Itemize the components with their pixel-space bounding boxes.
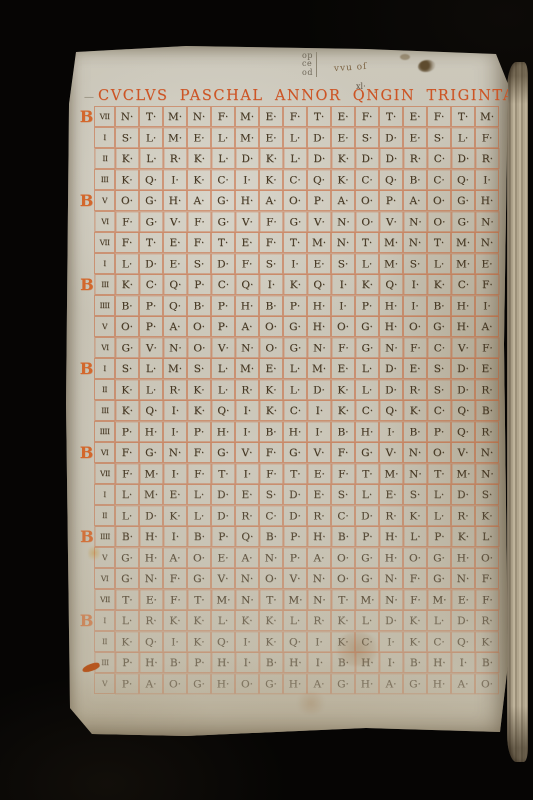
table-cell: G· — [283, 337, 307, 358]
table-cell: D· — [355, 505, 379, 526]
table-cell: E· — [475, 358, 499, 379]
table-cell: Q· — [451, 169, 475, 190]
table-cell: A· — [331, 190, 355, 211]
table-cell: F· — [475, 127, 499, 148]
initial-letter — [79, 421, 94, 442]
table-cell: F· — [403, 589, 427, 610]
table-row: IIK·L·R·K·L·R·K·L·D·K·L·D·R·S·D·R· — [79, 379, 499, 400]
table-cell: O· — [259, 337, 283, 358]
table-cell: G· — [139, 442, 163, 463]
table-cell: V· — [283, 568, 307, 589]
table-cell: M· — [235, 127, 259, 148]
table-cell: L· — [211, 379, 235, 400]
table-cell: R· — [139, 610, 163, 631]
table-cell: E· — [379, 484, 403, 505]
table-cell: I· — [307, 652, 331, 673]
table-cell: P· — [115, 652, 139, 673]
table-cell: C· — [427, 400, 451, 421]
table-cell: K· — [115, 379, 139, 400]
table-cell: F· — [187, 463, 211, 484]
table-cell: E· — [307, 463, 331, 484]
table-cell: Q· — [211, 400, 235, 421]
table-cell: K· — [259, 379, 283, 400]
initial-letter: B — [79, 358, 94, 379]
initial-letter — [79, 337, 94, 358]
table-cell: S· — [475, 484, 499, 505]
table-cell: E· — [163, 484, 187, 505]
initial-letter: B — [79, 526, 94, 547]
table-cell: P· — [307, 190, 331, 211]
table-cell: B· — [331, 652, 355, 673]
table-cell: B· — [331, 421, 355, 442]
table-cell: D· — [283, 505, 307, 526]
table-cell: R· — [475, 379, 499, 400]
table-cell: L· — [211, 610, 235, 631]
table-cell: E· — [211, 547, 235, 568]
table-cell: D· — [307, 127, 331, 148]
table-cell: E· — [139, 589, 163, 610]
row-numeral: I — [94, 484, 115, 505]
title-row: — CVCLVS PASCHAL ANNOR QNGIN TRIGINTA II… — [84, 88, 500, 104]
table-cell: H· — [283, 421, 307, 442]
table-cell: G· — [331, 673, 355, 694]
table-cell: I· — [235, 400, 259, 421]
table-cell: S· — [427, 127, 451, 148]
table-cell: L· — [283, 379, 307, 400]
row-numeral: I — [94, 358, 115, 379]
table-cell: I· — [163, 421, 187, 442]
table-cell: F· — [475, 568, 499, 589]
table-cell: L· — [139, 148, 163, 169]
table-cell: L· — [211, 148, 235, 169]
table-cell: N· — [403, 463, 427, 484]
table-cell: C· — [211, 274, 235, 295]
table-cell: M· — [427, 589, 451, 610]
table-cell: L· — [115, 484, 139, 505]
table-cell: Q· — [379, 274, 403, 295]
table-row: IL·D·E·S·D·F·S·I·E·S·L·M·S·L·M·E· — [79, 253, 499, 274]
photo-background: op ce od vvu oſ xl· ı — CVCLVS PASCHAL A… — [0, 0, 533, 800]
row-numeral: IIII — [94, 421, 115, 442]
table-cell: P· — [211, 295, 235, 316]
table-cell: P· — [379, 190, 403, 211]
table-cell: I· — [403, 274, 427, 295]
table-cell: M· — [475, 106, 499, 127]
table-row: VIIT·E·F·T·M·N·T·M·N·T·M·N·F·M·E·F· — [79, 589, 499, 610]
row-numeral: IIII — [94, 526, 115, 547]
table-cell: I· — [451, 652, 475, 673]
table-row: BIL·R·K·K·L·K·K·L·R·K·L·D·K·L·D·R· — [79, 610, 499, 631]
table-cell: N· — [451, 568, 475, 589]
table-cell: B· — [259, 652, 283, 673]
initial-letter — [79, 505, 94, 526]
table-cell: M· — [451, 253, 475, 274]
table-cell: Q· — [379, 169, 403, 190]
table-cell: P· — [115, 421, 139, 442]
table-cell: C· — [355, 631, 379, 652]
table-cell: F· — [259, 463, 283, 484]
initial-letter — [79, 316, 94, 337]
table-cell: K· — [331, 379, 355, 400]
table-cell: G· — [355, 316, 379, 337]
table-cell: O· — [355, 211, 379, 232]
table-cell: S· — [259, 484, 283, 505]
initial-letter — [79, 463, 94, 484]
table-cell: B· — [187, 526, 211, 547]
table-cell: K· — [331, 610, 355, 631]
table-cell: F· — [235, 253, 259, 274]
table-cell: B· — [403, 652, 427, 673]
table-cell: M· — [283, 589, 307, 610]
table-cell: L· — [475, 526, 499, 547]
table-cell: D· — [211, 505, 235, 526]
table-cell: A· — [451, 673, 475, 694]
table-cell: G· — [283, 316, 307, 337]
table-cell: K· — [331, 631, 355, 652]
table-cell: I· — [307, 400, 331, 421]
table-cell: F· — [115, 442, 139, 463]
table-cell: Q· — [451, 631, 475, 652]
row-numeral: VII — [94, 106, 115, 127]
table-cell: M· — [379, 232, 403, 253]
row-numeral: III — [94, 652, 115, 673]
table-cell: B· — [331, 526, 355, 547]
table-cell: N· — [139, 568, 163, 589]
table-cell: G· — [451, 211, 475, 232]
table-cell: B· — [115, 526, 139, 547]
table-cell: M· — [139, 484, 163, 505]
table-cell: C· — [211, 169, 235, 190]
row-numeral: I — [94, 127, 115, 148]
table-cell: F· — [115, 463, 139, 484]
table-cell: A· — [307, 547, 331, 568]
table-cell: I· — [379, 421, 403, 442]
table-cell: V· — [211, 337, 235, 358]
row-numeral: I — [94, 253, 115, 274]
table-cell: S· — [331, 253, 355, 274]
table-cell: M· — [379, 463, 403, 484]
marginal-note-line: od — [302, 69, 313, 77]
table-cell: P· — [211, 316, 235, 337]
table-cell: K· — [283, 274, 307, 295]
table-cell: V· — [235, 442, 259, 463]
table-cell: Q· — [139, 169, 163, 190]
table-cell: T· — [139, 232, 163, 253]
table-cell: L· — [283, 358, 307, 379]
table-cell: F· — [259, 211, 283, 232]
table-cell: T· — [283, 232, 307, 253]
table-cell: V· — [451, 442, 475, 463]
table-cell: A· — [235, 316, 259, 337]
row-numeral: VII — [94, 463, 115, 484]
table-cell: E· — [163, 253, 187, 274]
table-cell: O· — [427, 190, 451, 211]
table-cell: V· — [379, 442, 403, 463]
initial-letter — [79, 148, 94, 169]
table-cell: C· — [283, 400, 307, 421]
table-row: BVIIN·T·M·N·F·M·E·F·T·E·F·T·E·F·T·M· — [79, 106, 499, 127]
table-cell: I· — [163, 169, 187, 190]
table-cell: L· — [427, 484, 451, 505]
table-cell: I· — [331, 274, 355, 295]
table-cell: D· — [379, 379, 403, 400]
table-cell: K· — [163, 610, 187, 631]
table-cell: F· — [163, 589, 187, 610]
table-cell: G· — [187, 568, 211, 589]
table-cell: K· — [331, 400, 355, 421]
table-cell: S· — [355, 127, 379, 148]
table-cell: E· — [163, 232, 187, 253]
table-cell: F· — [475, 337, 499, 358]
table-row: BIS·L·M·S·L·M·E·L·M·E·L·D·E·S·D·E· — [79, 358, 499, 379]
table-cell: I· — [379, 631, 403, 652]
table-row: BIIIK·C·Q·P·C·Q·I·K·Q·I·K·Q·I·K·C·F· — [79, 274, 499, 295]
table-cell: L· — [355, 610, 379, 631]
initial-letter — [79, 295, 94, 316]
table-cell: K· — [115, 148, 139, 169]
table-cell: H· — [283, 673, 307, 694]
table-cell: R· — [235, 505, 259, 526]
table-cell: N· — [235, 568, 259, 589]
table-cell: H· — [451, 547, 475, 568]
table-cell: Q· — [211, 631, 235, 652]
table-cell: A· — [163, 316, 187, 337]
row-numeral: VI — [94, 442, 115, 463]
table-cell: I· — [307, 421, 331, 442]
table-row: VIIF·M·I·F·T·I·F·T·E·F·T·M·N·T·M·N· — [79, 463, 499, 484]
table-cell: F· — [355, 106, 379, 127]
table-cell: N· — [403, 211, 427, 232]
table-cell: F· — [427, 106, 451, 127]
table-cell: N· — [307, 589, 331, 610]
table-cell: N· — [163, 337, 187, 358]
table-cell: Q· — [235, 274, 259, 295]
table-cell: T· — [307, 106, 331, 127]
table-cell: H· — [475, 190, 499, 211]
table-cell: N· — [379, 568, 403, 589]
table-cell: P· — [115, 673, 139, 694]
table-cell: S· — [403, 253, 427, 274]
table-cell: T· — [283, 463, 307, 484]
table-cell: Q· — [139, 400, 163, 421]
initial-letter — [79, 232, 94, 253]
table-cell: F· — [187, 232, 211, 253]
table-cell: O· — [403, 316, 427, 337]
table-cell: S· — [115, 358, 139, 379]
table-cell: G· — [259, 673, 283, 694]
table-cell: G· — [355, 547, 379, 568]
table-cell: H· — [379, 547, 403, 568]
table-cell: K· — [403, 400, 427, 421]
row-numeral: V — [94, 547, 115, 568]
table-row: VO·P·A·O·P·A·O·G·H·O·G·H·O·G·H·A· — [79, 316, 499, 337]
table-cell: K· — [235, 610, 259, 631]
table-cell: F· — [115, 211, 139, 232]
table-cell: N· — [187, 106, 211, 127]
table-cell: H· — [139, 652, 163, 673]
table-cell: N· — [403, 442, 427, 463]
table-cell: N· — [259, 547, 283, 568]
table-cell: K· — [403, 631, 427, 652]
table-cell: A· — [139, 673, 163, 694]
table-cell: D· — [235, 148, 259, 169]
table-cell: S· — [427, 379, 451, 400]
table-cell: K· — [115, 274, 139, 295]
table-cell: O· — [475, 547, 499, 568]
table-cell: G· — [427, 316, 451, 337]
table-cell: D· — [211, 253, 235, 274]
table-cell: V· — [307, 211, 331, 232]
table-cell: O· — [187, 337, 211, 358]
table-cell: K· — [259, 400, 283, 421]
table-cell: H· — [307, 526, 331, 547]
table-cell: V· — [379, 211, 403, 232]
table-cell: H· — [211, 421, 235, 442]
table-cell: D· — [379, 127, 403, 148]
table-cell: F· — [115, 232, 139, 253]
table-cell: K· — [163, 505, 187, 526]
table-cell: F· — [187, 211, 211, 232]
table-cell: N· — [331, 211, 355, 232]
table-cell: K· — [427, 274, 451, 295]
initial-letter — [79, 547, 94, 568]
table-cell: G· — [115, 337, 139, 358]
table-cell: M· — [451, 232, 475, 253]
table-cell: E· — [403, 106, 427, 127]
table-cell: C· — [139, 274, 163, 295]
table-cell: H· — [379, 526, 403, 547]
table-cell: L· — [427, 253, 451, 274]
table-cell: N· — [475, 211, 499, 232]
table-cell: P· — [427, 421, 451, 442]
table-cell: Q· — [163, 274, 187, 295]
table-row: IIIP·H·B·P·H·I·B·H·I·B·H·I·B·H·I·B· — [79, 652, 499, 673]
table-row: IIIK·Q·I·K·C·I·K·C·Q·K·C·Q·B·C·Q·I· — [79, 169, 499, 190]
table-cell: H· — [379, 295, 403, 316]
table-cell: R· — [307, 610, 331, 631]
table-cell: D· — [307, 379, 331, 400]
table-cell: E· — [259, 358, 283, 379]
table-cell: K· — [259, 631, 283, 652]
table-cell: I· — [331, 295, 355, 316]
table-cell: H· — [139, 526, 163, 547]
table-cell: R· — [163, 148, 187, 169]
table-cell: E· — [451, 589, 475, 610]
table-cell: M· — [307, 358, 331, 379]
table-cell: P· — [187, 274, 211, 295]
table-cell: H· — [451, 295, 475, 316]
table-cell: M· — [163, 106, 187, 127]
table-cell: B· — [187, 295, 211, 316]
table-row: VIIF·T·E·F·T·E·F·T·M·N·T·M·N·T·M·N· — [79, 232, 499, 253]
table-cell: P· — [283, 547, 307, 568]
table-cell: H· — [139, 547, 163, 568]
table-cell: B· — [403, 421, 427, 442]
table-cell: R· — [235, 379, 259, 400]
table-cell: D· — [211, 484, 235, 505]
row-numeral: III — [94, 169, 115, 190]
table-cell: I· — [235, 421, 259, 442]
table-cell: D· — [379, 610, 403, 631]
initial-letter: B — [79, 274, 94, 295]
table-cell: H· — [379, 316, 403, 337]
table-cell: K· — [403, 505, 427, 526]
table-cell: I· — [163, 463, 187, 484]
table-cell: E· — [307, 484, 331, 505]
table-cell: T· — [451, 106, 475, 127]
table-cell: I· — [475, 169, 499, 190]
table-row: VIF·G·V·F·G·V·F·G·V·N·O·V·N·O·G·N· — [79, 211, 499, 232]
table-cell: L· — [115, 610, 139, 631]
table-cell: H· — [235, 190, 259, 211]
table-cell: S· — [403, 484, 427, 505]
table-cell: V· — [163, 211, 187, 232]
table-cell: E· — [235, 484, 259, 505]
table-cell: D· — [355, 148, 379, 169]
table-cell: M· — [307, 232, 331, 253]
table-cell: M· — [451, 463, 475, 484]
row-numeral: I — [94, 610, 115, 631]
table-cell: L· — [187, 505, 211, 526]
table-cell: V· — [211, 568, 235, 589]
table-cell: G· — [211, 442, 235, 463]
table-cell: L· — [139, 127, 163, 148]
table-cell: A· — [163, 547, 187, 568]
table-row: BVO·G·H·A·G·H·A·O·P·A·O·P·A·O·G·H· — [79, 190, 499, 211]
table-cell: H· — [355, 652, 379, 673]
table-cell: P· — [283, 526, 307, 547]
table-cell: R· — [163, 379, 187, 400]
table-cell: L· — [355, 379, 379, 400]
table-row: IL·M·E·L·D·E·S·D·E·S·L·E·S·L·D·S· — [79, 484, 499, 505]
table-cell: G· — [427, 547, 451, 568]
table-cell: I· — [235, 652, 259, 673]
table-cell: S· — [115, 127, 139, 148]
table-cell: G· — [283, 442, 307, 463]
table-cell: E· — [307, 253, 331, 274]
table-cell: K· — [115, 169, 139, 190]
table-cell: I· — [403, 295, 427, 316]
initial-letter: B — [79, 442, 94, 463]
table-cell: R· — [307, 505, 331, 526]
table-cell: F· — [331, 463, 355, 484]
table-cell: N· — [379, 589, 403, 610]
table-cell: H· — [355, 421, 379, 442]
table-cell: E· — [235, 232, 259, 253]
ink-smudge — [418, 60, 435, 72]
table-cell: L· — [355, 484, 379, 505]
table-cell: K· — [187, 169, 211, 190]
table-cell: K· — [451, 526, 475, 547]
table-cell: L· — [115, 505, 139, 526]
table-cell: B· — [259, 526, 283, 547]
manuscript-page: op ce od vvu oſ xl· ı — CVCLVS PASCHAL A… — [66, 44, 508, 738]
table-cell: H· — [451, 316, 475, 337]
table-cell: K· — [187, 400, 211, 421]
table-cell: I· — [163, 631, 187, 652]
table-cell: G· — [115, 568, 139, 589]
table-cell: Q· — [235, 526, 259, 547]
table-cell: E· — [331, 358, 355, 379]
table-cell: H· — [211, 673, 235, 694]
initial-letter — [79, 211, 94, 232]
table-cell: K· — [115, 400, 139, 421]
table-cell: R· — [475, 421, 499, 442]
table-cell: D· — [379, 148, 403, 169]
table-cell: L· — [283, 148, 307, 169]
table-cell: C· — [331, 505, 355, 526]
table-cell: M· — [163, 127, 187, 148]
